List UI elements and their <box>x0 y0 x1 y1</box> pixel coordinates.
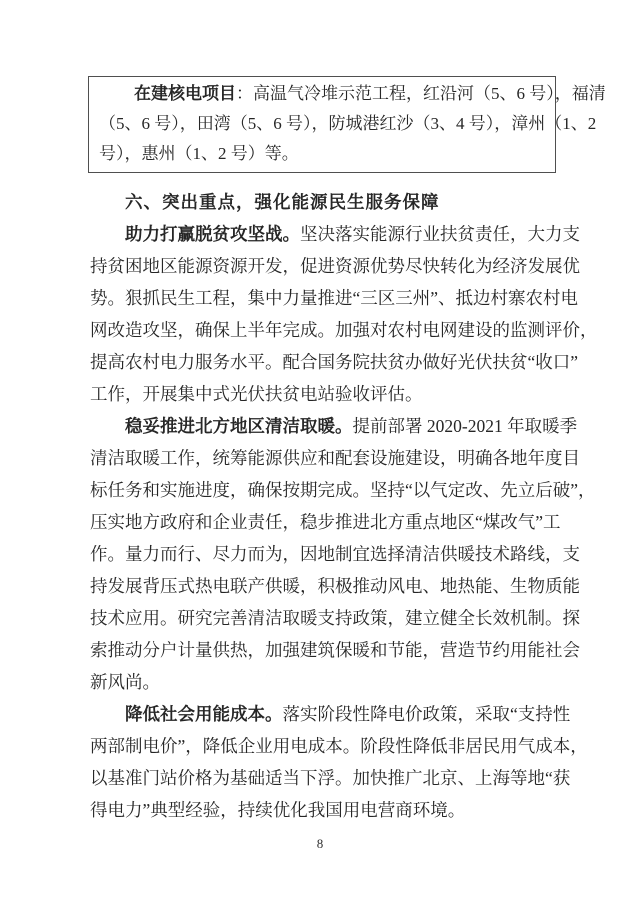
document-page: 在建核电项目：高温气冷堆示范工程，红沿河（5、6 号），福清（5、6 号），田湾… <box>0 0 640 904</box>
paragraph-lead: 降低社会用能成本。 <box>125 704 283 724</box>
text-line: 得电力”典型经验，持续优化我国用电营商环境。 <box>90 794 550 826</box>
text-line: 稳妥推进北方地区清洁取暖。提前部署 2020-2021 年取暖季 <box>90 410 550 442</box>
text-line: 号），惠州（1、2 号）等。 <box>99 139 545 169</box>
text-line: 压实地方政府和企业责任，稳步推进北方重点地区“煤改气”工 <box>90 506 550 538</box>
text-line: 作。量力而行、尽力而为，因地制宜选择清洁供暖技术路线，支 <box>90 538 550 570</box>
paragraph-lead: 助力打赢脱贫攻坚战。 <box>125 224 300 244</box>
paragraph-lead: 在建核电项目 <box>134 84 236 103</box>
text-line: 网改造攻坚，确保上半年完成。加强对农村电网建设的监测评价， <box>90 314 550 346</box>
text-line: 助力打赢脱贫攻坚战。坚决落实能源行业扶贫责任，大力支 <box>90 218 550 250</box>
text-line: 势。狠抓民生工程，集中力量推进“三区三州”、抵边村寨农村电 <box>90 282 550 314</box>
nuclear-projects-notice-box: 在建核电项目：高温气冷堆示范工程，红沿河（5、6 号），福清（5、6 号），田湾… <box>88 76 556 173</box>
text-line: 持发展背压式热电联产供暖，积极推动风电、地热能、生物质能 <box>90 570 550 602</box>
section-heading: 六、突出重点，强化能源民生服务保障 <box>90 186 550 218</box>
text-line: 提高农村电力服务水平。配合国务院扶贫办做好光伏扶贫“收口” <box>90 346 550 378</box>
text-line: 技术应用。研究完善清洁取暖支持政策，建立健全长效机制。探 <box>90 602 550 634</box>
text-line: 标任务和实施进度，确保按期完成。坚持“以气定改、先立后破”， <box>90 474 550 506</box>
text-line: 降低社会用能成本。落实阶段性降电价政策，采取“支持性 <box>90 698 550 730</box>
text-line: 工作，开展集中式光伏扶贫电站验收评估。 <box>90 378 550 410</box>
text-line: （5、6 号），田湾（5、6 号），防城港红沙（3、4 号），漳州（1、2 <box>99 109 545 139</box>
text-line: 持贫困地区能源资源开发，促进资源优势尽快转化为经济发展优 <box>90 250 550 282</box>
text-line: 在建核电项目：高温气冷堆示范工程，红沿河（5、6 号），福清 <box>99 79 545 109</box>
text-line: 两部制电价”，降低企业用电成本。阶段性降低非居民用气成本， <box>90 730 550 762</box>
text-line: 新风尚。 <box>90 666 550 698</box>
document-body: 六、突出重点，强化能源民生服务保障助力打赢脱贫攻坚战。坚决落实能源行业扶贫责任，… <box>90 186 550 826</box>
text-line: 清洁取暖工作，统筹能源供应和配套设施建设，明确各地年度目 <box>90 442 550 474</box>
paragraph-lead: 稳妥推进北方地区清洁取暖。 <box>125 416 353 436</box>
page-number: 8 <box>0 836 640 852</box>
text-line: 索推动分户计量供热，加强建筑保暖和节能，营造节约用能社会 <box>90 634 550 666</box>
text-line: 以基准门站价格为基础适当下浮。加快推广北京、上海等地“获 <box>90 762 550 794</box>
